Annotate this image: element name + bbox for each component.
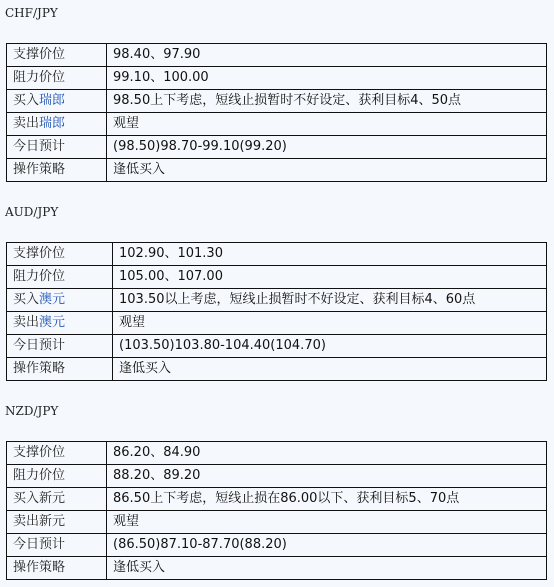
table-row-buy: 买入新元 86.50上下考虑，短线止损在86.00以下、获利目标5、70点 xyxy=(7,488,547,511)
table-row-buy: 买入澳元 103.50以上考虑，短线止损暂时不好设定、获利目标4、60点 xyxy=(7,289,547,312)
table-nzd-jpy: 支撑价位 86.20、84.90 阻力价位 88.20、89.20 买入新元 8… xyxy=(6,441,547,580)
currency-link[interactable]: 澳元 xyxy=(39,292,65,307)
row-label: 买入澳元 xyxy=(7,289,113,312)
table-chf-jpy: 支撑价位 98.40、97.90 阻力价位 99.10、100.00 买入瑞郎 … xyxy=(6,43,547,182)
row-value: (86.50)87.10-87.70(88.20) xyxy=(107,534,547,557)
row-value: 98.50上下考虑，短线止损暂时不好设定、获利目标4、50点 xyxy=(107,90,547,113)
row-value: 99.10、100.00 xyxy=(107,67,547,90)
row-value: 88.20、89.20 xyxy=(107,465,547,488)
row-label: 操作策略 xyxy=(7,557,107,580)
currency-link[interactable]: 瑞郎 xyxy=(39,116,65,131)
table-row-forecast: 今日预计 (98.50)98.70-99.10(99.20) xyxy=(7,136,547,159)
row-value: 86.20、84.90 xyxy=(107,442,547,465)
row-label: 今日预计 xyxy=(7,534,107,557)
row-value: 102.90、101.30 xyxy=(113,243,547,266)
row-value: 103.50以上考虑，短线止损暂时不好设定、获利目标4、60点 xyxy=(113,289,547,312)
row-label: 支撑价位 xyxy=(7,442,107,465)
table-aud-jpy: 支撑价位 102.90、101.30 阻力价位 105.00、107.00 买入… xyxy=(6,242,547,381)
table-row-buy: 买入瑞郎 98.50上下考虑，短线止损暂时不好设定、获利目标4、50点 xyxy=(7,90,547,113)
table-row-strategy: 操作策略 逢低买入 xyxy=(7,358,547,381)
row-value: 98.40、97.90 xyxy=(107,44,547,67)
row-label: 支撑价位 xyxy=(7,243,113,266)
currency-link[interactable]: 瑞郎 xyxy=(39,93,65,108)
row-label: 买入新元 xyxy=(7,488,107,511)
table-row-sell: 卖出新元 观望 xyxy=(7,511,547,534)
table-row-forecast: 今日预计 (103.50)103.80-104.40(104.70) xyxy=(7,335,547,358)
row-value: (103.50)103.80-104.40(104.70) xyxy=(113,335,547,358)
table-row-support: 支撑价位 86.20、84.90 xyxy=(7,442,547,465)
row-value: 逢低买入 xyxy=(113,358,547,381)
table-row-resistance: 阻力价位 88.20、89.20 xyxy=(7,465,547,488)
row-value: 105.00、107.00 xyxy=(113,266,547,289)
row-label: 今日预计 xyxy=(7,136,107,159)
row-label: 阻力价位 xyxy=(7,67,107,90)
row-label: 支撑价位 xyxy=(7,44,107,67)
row-value: (98.50)98.70-99.10(99.20) xyxy=(107,136,547,159)
row-label: 阻力价位 xyxy=(7,266,113,289)
row-label: 阻力价位 xyxy=(7,465,107,488)
table-row-support: 支撑价位 102.90、101.30 xyxy=(7,243,547,266)
row-value: 逢低买入 xyxy=(107,159,547,182)
section-title-aud-jpy: AUD/JPY xyxy=(5,205,58,219)
table-row-support: 支撑价位 98.40、97.90 xyxy=(7,44,547,67)
row-value: 观望 xyxy=(113,312,547,335)
section-title-chf-jpy: CHF/JPY xyxy=(5,6,58,20)
row-value: 86.50上下考虑，短线止损在86.00以下、获利目标5、70点 xyxy=(107,488,547,511)
table-row-sell: 卖出瑞郎 观望 xyxy=(7,113,547,136)
table-row-strategy: 操作策略 逢低买入 xyxy=(7,159,547,182)
row-label: 买入瑞郎 xyxy=(7,90,107,113)
row-value: 观望 xyxy=(107,511,547,534)
row-label: 操作策略 xyxy=(7,358,113,381)
currency-link[interactable]: 澳元 xyxy=(39,315,65,330)
table-row-resistance: 阻力价位 99.10、100.00 xyxy=(7,67,547,90)
table-row-resistance: 阻力价位 105.00、107.00 xyxy=(7,266,547,289)
table-row-forecast: 今日预计 (86.50)87.10-87.70(88.20) xyxy=(7,534,547,557)
row-value: 逢低买入 xyxy=(107,557,547,580)
row-label: 卖出新元 xyxy=(7,511,107,534)
table-row-strategy: 操作策略 逢低买入 xyxy=(7,557,547,580)
row-label: 卖出澳元 xyxy=(7,312,113,335)
table-row-sell: 卖出澳元 观望 xyxy=(7,312,547,335)
row-label: 今日预计 xyxy=(7,335,113,358)
row-value: 观望 xyxy=(107,113,547,136)
row-label: 操作策略 xyxy=(7,159,107,182)
section-title-nzd-jpy: NZD/JPY xyxy=(5,404,58,418)
row-label: 卖出瑞郎 xyxy=(7,113,107,136)
